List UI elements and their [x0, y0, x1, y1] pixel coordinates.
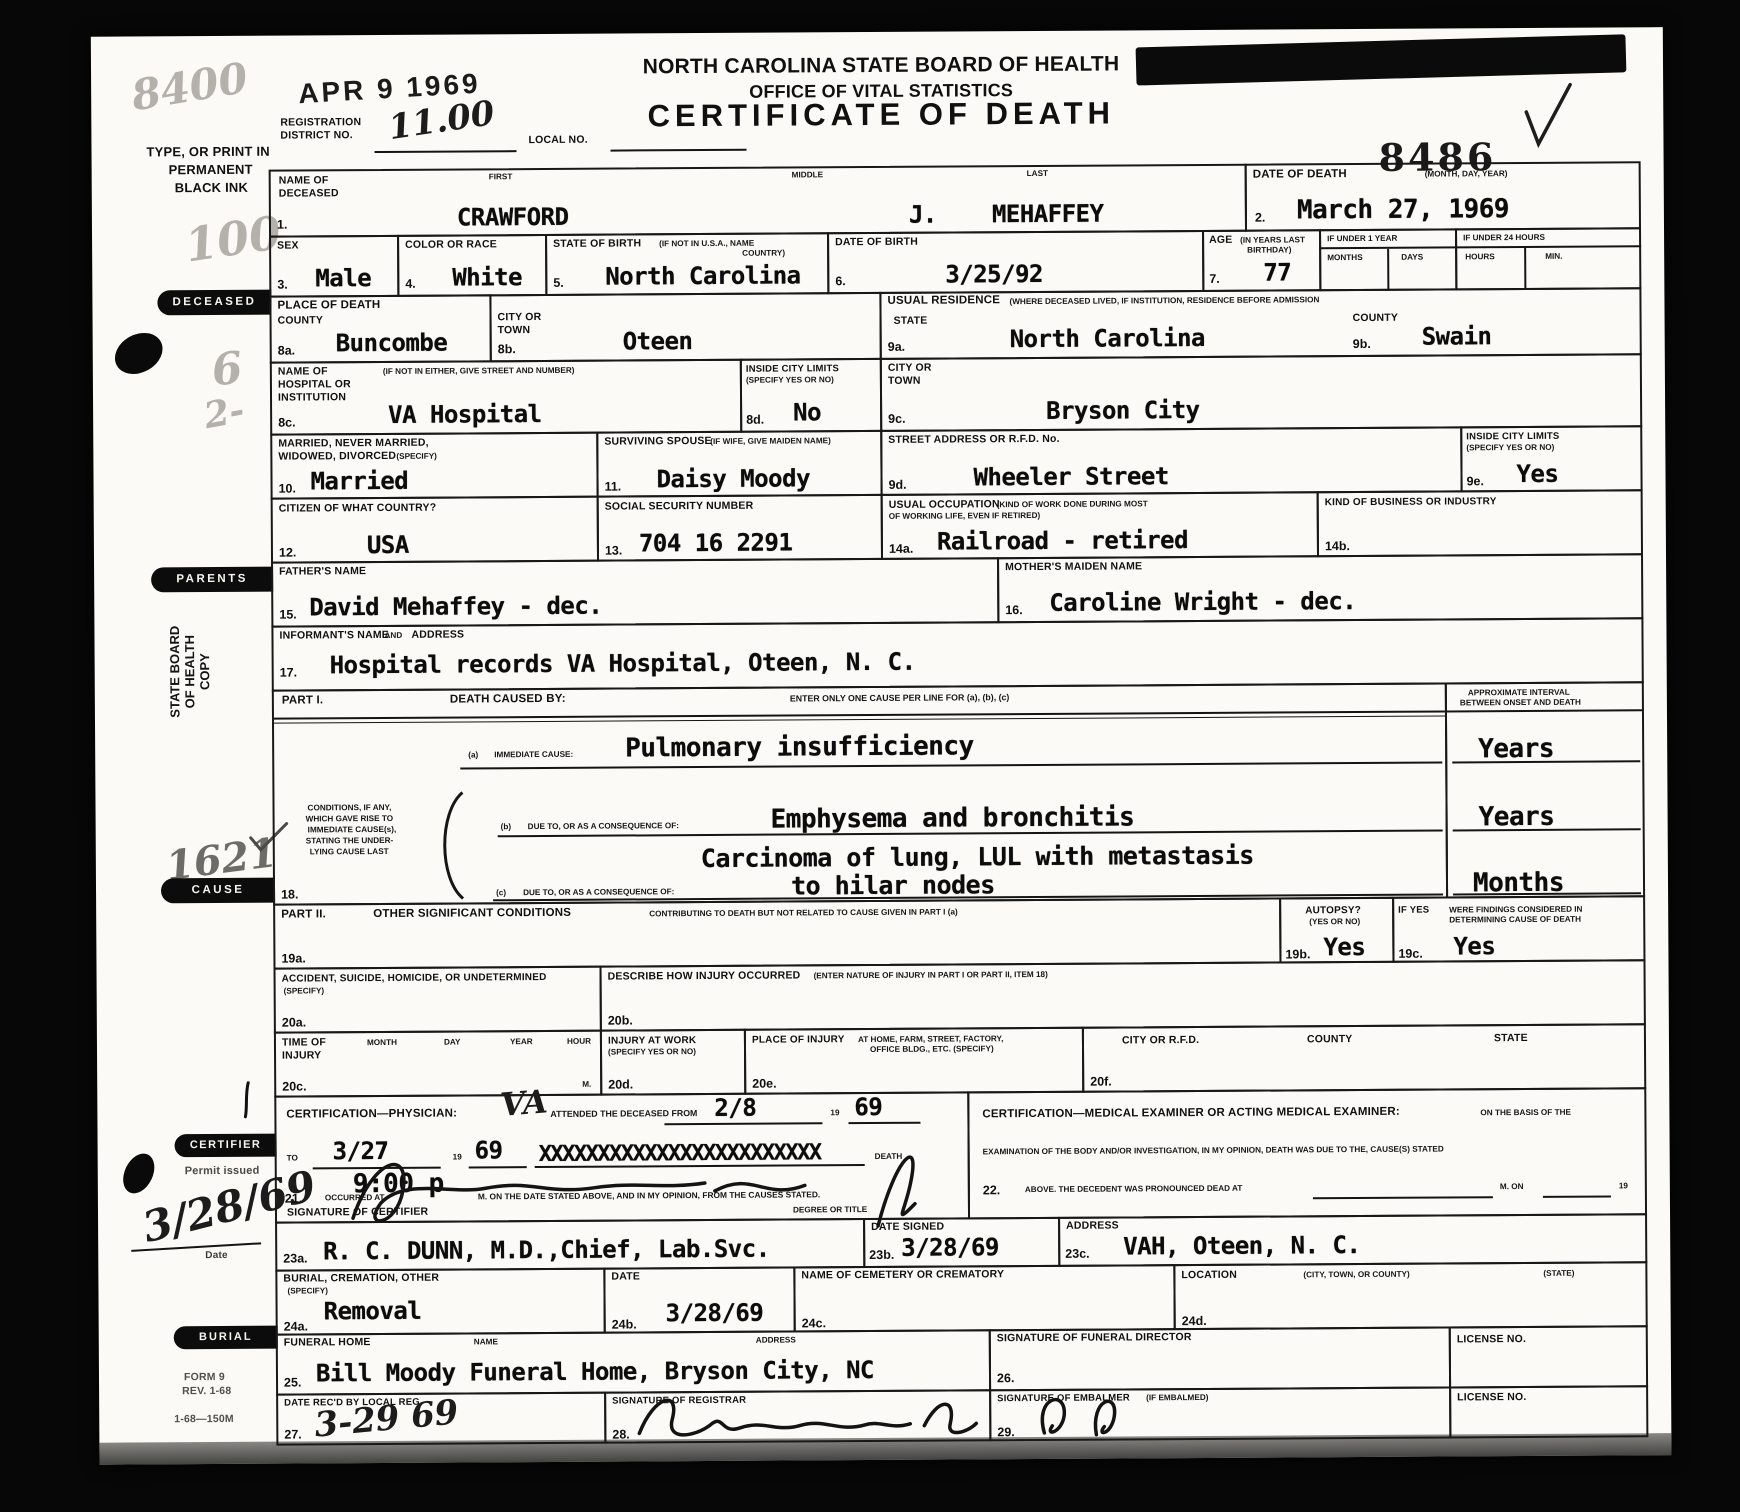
cert-physician-label: CERTIFICATION—PHYSICIAN: — [286, 1109, 457, 1122]
scan-content: 8400 TYPE, OR PRINT IN PERMANENT BLACK I… — [0, 0, 1740, 1512]
age-number: 7. — [1209, 272, 1220, 286]
hospital-value: VA Hospital — [388, 402, 542, 427]
marital-number: 10. — [279, 482, 296, 496]
scanned-death-certificate: 8400 TYPE, OR PRINT IN PERMANENT BLACK I… — [0, 0, 1740, 1512]
type-instruction-line2: PERMANENT — [169, 164, 253, 176]
name-last-label: LAST — [1027, 169, 1048, 178]
toi-m-label: M. — [582, 1080, 591, 1089]
inside-limits-1-sublabel: (SPECIFY YES OR NO) — [746, 375, 834, 385]
place-of-injury-number: 20e. — [752, 1077, 776, 1091]
inside-limits-1-value: No — [793, 400, 821, 424]
dod-label: DATE OF DEATH — [1253, 169, 1347, 181]
cemetery-number: 24c. — [802, 1316, 826, 1330]
findings-number: 19c. — [1398, 947, 1422, 961]
conditions-line2: WHICH GAVE RISE TO — [306, 814, 394, 824]
spouse-number: 11. — [605, 480, 622, 494]
spouse-label: SURVIVING SPOUSE — [604, 436, 712, 448]
autopsy-value: Yes — [1323, 935, 1365, 959]
name-first-label: FIRST — [489, 172, 513, 181]
cause-a-value: Pulmonary insufficiency — [625, 733, 974, 761]
received-stamp: APR 9 1969 — [298, 78, 481, 100]
cause-c-label: DUE TO, OR AS A CONSEQUENCE OF: — [523, 887, 674, 897]
registrar-signature — [624, 1378, 1184, 1447]
informant-value: Hospital records VA Hospital, Oteen, N. … — [330, 650, 916, 678]
city-number: 8b. — [498, 342, 516, 356]
date-recd-number: 27. — [284, 1427, 301, 1441]
toi-hour-label: HOUR — [567, 1037, 591, 1046]
u24-divider-v — [1524, 248, 1526, 290]
age-sublabel-1: (IN YEARS LAST — [1240, 235, 1305, 244]
location-label: LOCATION — [1181, 1270, 1237, 1282]
findings-sublabel-2: DETERMINING CAUSE OF DEATH — [1449, 915, 1581, 925]
part2-sublabel: CONTRIBUTING TO DEATH BUT NOT RELATED TO… — [649, 907, 958, 918]
occupation-sublabel-1: (KIND OF WORK DONE DURING MOST — [997, 499, 1148, 509]
street-number: 9d. — [889, 478, 907, 492]
form-revision: REV. 1-68 — [182, 1386, 231, 1398]
name-first-value: CRAWFORD — [457, 205, 569, 230]
industry-number: 14b. — [1325, 539, 1350, 553]
sex-number: 3. — [277, 278, 288, 292]
residence-county-label: COUNTY — [1353, 313, 1399, 325]
findings-value: Yes — [1453, 934, 1495, 958]
registration-label-2: DISTRICT NO. — [280, 130, 352, 142]
name-last-value: MEHAFFEY — [992, 202, 1104, 227]
cert-me-19: 19 — [1619, 1181, 1628, 1190]
cemetery-label: NAME OF CEMETERY OR CREMATORY — [801, 1269, 1004, 1282]
interval-label-1: APPROXIMATE INTERVAL — [1468, 688, 1570, 698]
place-of-injury-sublabel-2: OFFICE BLDG., ETC. (SPECIFY) — [870, 1044, 994, 1054]
city-label-2: TOWN — [498, 325, 531, 337]
residence-city-label-1: CITY OR — [888, 363, 932, 375]
permit-date-label: Date — [205, 1250, 228, 1262]
inside-limits-1-number: 8d. — [746, 413, 764, 427]
address-number: 23c. — [1065, 1247, 1089, 1261]
embalmer-number: 29. — [997, 1425, 1014, 1439]
cell-residence-city — [880, 353, 1642, 432]
sob-label: STATE OF BIRTH — [553, 238, 641, 250]
race-number: 4. — [405, 277, 416, 291]
burial-date-number: 24b. — [612, 1317, 637, 1331]
cause-c-number: 18. — [281, 887, 298, 901]
how-injury-label: DESCRIBE HOW INJURY OCCURRED — [608, 970, 801, 983]
sob-sublabel-2: COUNTRY) — [742, 249, 785, 258]
cert-physician-attended: ATTENDED THE DECEASED FROM — [550, 1109, 697, 1119]
hours-label: HOURS — [1465, 252, 1495, 261]
county-value: Buncombe — [336, 331, 448, 356]
conditions-line1: CONDITIONS, IF ANY, — [307, 803, 391, 813]
location-sublabel-1: (CITY, TOWN, OR COUNTY) — [1303, 1270, 1409, 1280]
dob-number: 6. — [835, 274, 846, 288]
form-number: FORM 9 — [184, 1372, 225, 1384]
residence-sublabel: (WHERE DECEASED LIVED, IF INSTITUTION, R… — [1009, 295, 1319, 306]
occupation-sublabel-2: OF WORKING LIFE, EVEN IF RETIRED) — [889, 511, 1041, 521]
cert-me-basis: ON THE BASIS OF THE — [1480, 1108, 1571, 1118]
hospital-label-1: NAME OF — [278, 366, 328, 378]
hospital-label-2: HOSPITAL OR — [278, 379, 351, 391]
hospital-label-3: INSTITUTION — [278, 392, 346, 404]
cause-b-value: Emphysema and bronchitis — [771, 804, 1135, 832]
dod-sublabel: (MONTH, DAY, YEAR) — [1425, 169, 1508, 179]
min-label: MIN. — [1545, 252, 1562, 261]
autopsy-sublabel: (YES OR NO) — [1309, 917, 1360, 926]
type-instruction-line1: TYPE, OR PRINT IN — [146, 146, 269, 158]
marital-sublabel: (SPECIFY) — [396, 452, 437, 461]
conditions-line4: STATING THE UNDER- — [306, 836, 394, 846]
informant-number: 17. — [280, 665, 297, 679]
side-tab-cause: CAUSE — [161, 878, 275, 904]
burial-value: Removal — [324, 1299, 422, 1324]
license-1-label: LICENSE NO. — [1457, 1334, 1526, 1346]
informant-and: AND — [384, 631, 402, 640]
toi-month-label: MONTH — [367, 1038, 397, 1047]
accident-sublabel: (SPECIFY) — [284, 986, 325, 995]
sob-sublabel-1: (IF NOT IN U.S.A., NAME — [659, 239, 754, 249]
embalmer-label: SIGNATURE OF EMBALMER — [997, 1392, 1130, 1404]
pencil-note-2: 2- — [201, 389, 248, 438]
industry-label: KIND OF BUSINESS OR INDUSTRY — [1325, 496, 1497, 509]
interval-a-value: Years — [1478, 736, 1554, 762]
cert-to-label: TO — [287, 1154, 298, 1163]
injury-state-label: STATE — [1494, 1033, 1528, 1045]
interval-label-2: BETWEEN ONSET AND DEATH — [1460, 698, 1581, 708]
side-tab-parents: PARENTS — [151, 567, 273, 593]
funeral-name-sublabel: NAME — [474, 1337, 498, 1346]
conditions-line5: LYING CAUSE LAST — [310, 847, 389, 856]
part1-label2: DEATH CAUSED BY: — [450, 694, 566, 706]
dob-label: DATE OF BIRTH — [835, 237, 918, 249]
part2-label: PART II. — [281, 909, 326, 921]
citizen-label: CITIZEN OF WHAT COUNTRY? — [279, 503, 437, 515]
name-number: 1. — [277, 218, 288, 232]
age-sublabel-2: BIRTHDAY) — [1247, 245, 1291, 254]
cause-a-label: IMMEDIATE CAUSE: — [494, 750, 573, 759]
cert-physician-va-handwritten: VA — [499, 1082, 549, 1123]
registration-label-1: REGISTRATION — [280, 117, 361, 129]
how-injury-sublabel: (ENTER NATURE OF INJURY IN PART I OR PAR… — [814, 970, 1048, 980]
cert-me-pronounced: ABOVE. THE DECEDENT WAS PRONOUNCED DEAD … — [1025, 1184, 1242, 1194]
city-label-1: CITY OR — [498, 312, 542, 324]
mother-value: Caroline Wright - dec. — [1049, 589, 1356, 615]
header-title: CERTIFICATE OF DEATH — [556, 107, 1206, 122]
burial-date-value: 3/28/69 — [666, 1301, 764, 1326]
occupation-label: USUAL OCCUPATION — [889, 499, 1000, 511]
inside-limits-2-sublabel: (SPECIFY YES OR NO) — [1466, 443, 1554, 453]
certname-value: R. C. DUNN, M.D.,Chief, Lab.Svc. — [323, 1237, 770, 1264]
spouse-value: Daisy Moody — [656, 466, 810, 491]
place-of-injury-label: PLACE OF INJURY — [752, 1034, 845, 1046]
part1-sublabel: ENTER ONLY ONE CAUSE PER LINE FOR (a), (… — [790, 693, 1010, 703]
age-label: AGE — [1209, 235, 1232, 247]
cause-a-tag: (a) — [468, 750, 478, 759]
street-value: Wheeler Street — [973, 464, 1168, 489]
form-print-run: 1-68—150M — [174, 1414, 234, 1426]
cert-from-year: 69 — [854, 1095, 882, 1119]
residence-label: USUAL RESIDENCE — [887, 295, 1000, 307]
conditions-line3: IMMEDIATE CAUSE(s), — [308, 825, 397, 835]
side-tab-burial: BURIAL — [174, 1326, 278, 1350]
cause-c-value-1: Carcinoma of lung, LUL with metastasis — [701, 844, 1254, 871]
sob-number: 5. — [553, 276, 564, 290]
citizen-number: 12. — [279, 546, 296, 560]
u1y-divider-v — [1387, 249, 1389, 291]
dod-value: March 27, 1969 — [1297, 196, 1509, 223]
place-of-injury-sublabel-1: AT HOME, FARM, STREET, FACTORY, — [858, 1034, 1003, 1044]
father-number: 15. — [279, 608, 296, 622]
side-tab-certifier: CERTIFIER — [175, 1134, 277, 1158]
toi-number: 20c. — [282, 1079, 306, 1093]
name-middle-label: MIDDLE — [792, 170, 823, 179]
residence-state-number: 9a. — [888, 340, 905, 354]
residence-city-value: Bryson City — [1046, 398, 1200, 423]
cert-from-19: 19 — [830, 1108, 839, 1117]
race-label: COLOR OR RACE — [405, 239, 497, 251]
side-tab-deceased: DECEASED — [157, 290, 271, 316]
residence-state-label: STATE — [894, 316, 928, 328]
time-of-injury-label-1: TIME OF — [282, 1037, 326, 1049]
inside-limits-1-label: INSIDE CITY LIMITS — [746, 363, 839, 375]
sex-value: Male — [315, 266, 371, 290]
marital-label-1: MARRIED, NEVER MARRIED, — [278, 438, 429, 450]
location-number: 24d. — [1182, 1314, 1207, 1328]
copy-label: STATE BOARD OF HEALTH COPY — [167, 602, 213, 742]
marital-label-2: WIDOWED, DIVORCED — [278, 451, 396, 463]
sob-value: North Carolina — [605, 263, 800, 288]
address-value: VAH, Oteen, N. C. — [1123, 1233, 1360, 1258]
location-sublabel-2: (STATE) — [1543, 1269, 1574, 1278]
cell-interval — [1445, 681, 1645, 898]
dob-value: 3/25/92 — [945, 262, 1043, 287]
burial-number: 24a. — [284, 1319, 308, 1333]
copy-label-line3: COPY — [197, 653, 212, 690]
residence-state-value: North Carolina — [1010, 326, 1205, 351]
copy-label-line1: STATE BOARD — [167, 626, 183, 718]
toi-day-label: DAY — [444, 1038, 461, 1047]
header-board: NORTH CAROLINA STATE BOARD OF HEALTH — [556, 58, 1206, 73]
interval-b-value: Years — [1479, 804, 1555, 830]
copy-label-line2: OF HEALTH — [182, 635, 197, 709]
cause-c-tag: (c) — [496, 888, 506, 897]
accident-label: ACCIDENT, SUICIDE, HOMICIDE, OR UNDETERM… — [282, 972, 547, 985]
funeral-home-label: FUNERAL HOME — [284, 1337, 371, 1349]
street-label: STREET ADDRESS OR R.F.D. No. — [888, 434, 1060, 447]
funeral-address-sublabel: ADDRESS — [756, 1335, 796, 1344]
informant-label-2: ADDRESS — [411, 629, 464, 641]
cause-b-tag: (b) — [501, 822, 512, 831]
occupation-value: Railroad - retired — [937, 528, 1188, 554]
burial-date-label: DATE — [611, 1271, 640, 1283]
cause-c-value-2: to hilar nodes — [791, 873, 995, 898]
hospital-sublabel: (IF NOT IN EITHER, GIVE STREET AND NUMBE… — [383, 366, 575, 376]
certifier-signature — [333, 1129, 974, 1233]
informant-label-1: INFORMANT'S NAME — [279, 630, 389, 642]
certname-number: 23a. — [283, 1251, 307, 1265]
date-signed-number: 23b. — [869, 1248, 894, 1262]
embalmer-sublabel: (IF EMBALMED) — [1146, 1393, 1208, 1402]
father-label: FATHER'S NAME — [279, 566, 366, 578]
occupation-number: 14a. — [889, 542, 913, 556]
name-label-1: NAME OF — [279, 175, 329, 187]
injury-location-number: 20f. — [1090, 1075, 1112, 1089]
ssn-value: 704 16 2291 — [639, 530, 793, 555]
city-value: Oteen — [623, 329, 693, 353]
date-signed-value: 3/28/69 — [901, 1235, 999, 1260]
county-number: 8a. — [278, 344, 295, 358]
inside-limits-2-value: Yes — [1516, 462, 1558, 486]
funeral-director-label: SIGNATURE OF FUNERAL DIRECTOR — [997, 1332, 1192, 1345]
conditions-brace — [432, 790, 465, 900]
local-no-label: LOCAL NO. — [528, 135, 587, 147]
mother-number: 16. — [1005, 603, 1022, 617]
residence-county-value: Swain — [1422, 324, 1492, 348]
toi-year-label: YEAR — [510, 1037, 533, 1046]
cert-me-22-number: 22. — [983, 1183, 1000, 1197]
citizen-value: USA — [367, 533, 409, 557]
autopsy-number: 19b. — [1285, 947, 1310, 961]
ssn-number: 13. — [605, 544, 622, 558]
findings-label: IF YES — [1398, 905, 1429, 917]
injury-at-work-sublabel: (SPECIFY YES OR NO) — [608, 1047, 696, 1057]
ssn-label: SOCIAL SECURITY NUMBER — [605, 501, 754, 513]
under-24-hours-label: IF UNDER 24 HOURS — [1463, 233, 1545, 243]
funeral-home-number: 25. — [284, 1375, 301, 1389]
cert-me-underline-2 — [1543, 1195, 1611, 1197]
cert-me-m-on: M. ON — [1500, 1182, 1524, 1191]
cert-21-number: 21. — [285, 1191, 302, 1205]
part2-label2: OTHER SIGNIFICANT CONDITIONS — [373, 908, 571, 921]
residence-city-label-2: TOWN — [888, 376, 921, 388]
age-value: 77 — [1263, 260, 1291, 284]
burial-sublabel: (SPECIFY) — [287, 1286, 328, 1295]
hospital-number: 8c. — [278, 416, 295, 430]
race-value: White — [452, 265, 522, 289]
residence-county-number: 9b. — [1353, 337, 1371, 351]
date-signed-label: DATE SIGNED — [871, 1222, 944, 1234]
marital-value: Married — [310, 469, 408, 494]
spouse-sublabel: (IF WIFE, GIVE MAIDEN NAME) — [710, 436, 831, 446]
inside-limits-2-number: 9e. — [1467, 474, 1484, 488]
stray-pen-stroke — [242, 1082, 252, 1118]
cert-from-value: 2/8 — [714, 1096, 756, 1120]
injury-city-label: CITY OR R.F.D. — [1122, 1035, 1199, 1047]
cause-b-label: DUE TO, OR AS A CONSEQUENCE OF: — [528, 821, 679, 831]
part2-number: 19a. — [281, 951, 305, 965]
license-2-label: LICENSE NO. — [1457, 1392, 1526, 1404]
dod-number: 2. — [1255, 211, 1266, 225]
injury-at-work-label: INJURY AT WORK — [608, 1035, 696, 1047]
days-label: DAYS — [1401, 253, 1423, 262]
place-of-death-label: PLACE OF DEATH — [277, 300, 380, 312]
inside-limits-2-label: INSIDE CITY LIMITS — [1466, 431, 1559, 443]
cell-location — [1173, 1261, 1647, 1330]
part1-label: PART I. — [282, 695, 324, 707]
residence-city-number: 9c. — [888, 412, 905, 426]
autopsy-label: AUTOPSY? — [1305, 905, 1361, 917]
name-middle-value: J. — [909, 203, 937, 227]
how-injury-number: 20b. — [608, 1013, 633, 1027]
county-label: COUNTY — [278, 315, 324, 327]
mother-label: MOTHER'S MAIDEN NAME — [1005, 561, 1142, 573]
months-label: MONTHS — [1327, 253, 1363, 262]
under-1-year-label: IF UNDER 1 YEAR — [1327, 234, 1397, 243]
address-label: ADDRESS — [1066, 1220, 1119, 1232]
father-value: David Mehaffey - dec. — [309, 594, 602, 620]
injury-county-label: COUNTY — [1307, 1034, 1353, 1046]
checkmark-icon — [1522, 82, 1576, 148]
findings-sublabel-1: WERE FINDINGS CONSIDERED IN — [1449, 905, 1582, 915]
burial-label: BURIAL, CREMATION, OTHER — [283, 1273, 439, 1285]
injury-at-work-number: 20d. — [608, 1077, 633, 1091]
sex-label: SEX — [277, 240, 299, 252]
type-instruction-line3: BLACK INK — [175, 182, 248, 194]
name-label-2: DECEASED — [279, 188, 339, 200]
time-of-injury-label-2: INJURY — [282, 1050, 321, 1062]
accident-number: 20a. — [282, 1015, 306, 1029]
